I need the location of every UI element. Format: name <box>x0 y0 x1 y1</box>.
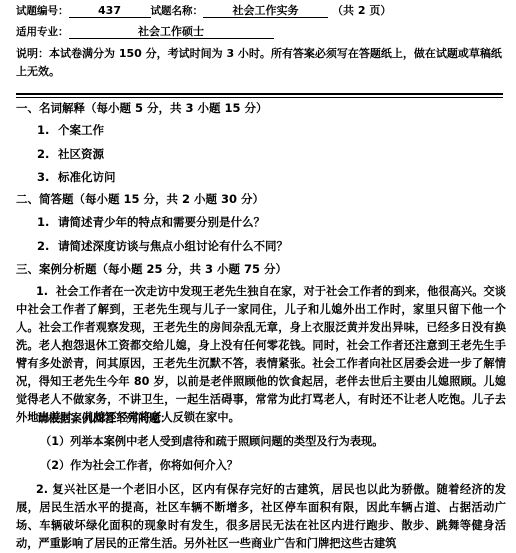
exam-code-label: 试题编号： <box>16 5 69 17</box>
section-title-short-answer: 二、简答题（每小题 15 分，共 2 小题 30 分） <box>16 191 264 207</box>
case-1-paragraph: 1. 社会工作者在一次走访中发现王老先生独自在家，对于社会工作者的到来，他很高兴… <box>16 283 506 427</box>
major-value: 社会工作硕士 <box>69 25 274 39</box>
case-1-question-1: （1）列举本案例中老人受到虐待和疏于照顾问题的类型及行为表现。 <box>40 434 383 450</box>
question-text: 个案工作 <box>58 123 104 137</box>
exam-page: 试题编号：437试题名称：社会工作实务（共 2 页） 适用专业：社会工作硕士 说… <box>0 0 516 553</box>
page-count: （共 2 页） <box>332 4 391 17</box>
case-text: 复兴社区是一个老旧小区，区内有保存完好的古建筑，居民也以此为骄傲。随着经济的发展… <box>16 483 506 550</box>
major-label: 适用专业： <box>16 26 69 38</box>
question-item: 2.请简述深度访谈与焦点小组讨论有什么不同？ <box>37 238 288 254</box>
exam-header-line2: 适用专业：社会工作硕士 <box>16 25 274 39</box>
question-number: 1. <box>37 214 58 230</box>
question-number: 1. <box>37 122 58 138</box>
question-item: 1.请简述青少年的特点和需要分别是什么？ <box>37 214 265 230</box>
question-text: 请简述深度访谈与焦点小组讨论有什么不同？ <box>58 239 288 253</box>
section-title-case-analysis: 三、案例分析题（每小题 25 分，共 3 小题 75 分） <box>16 261 287 277</box>
exam-instructions: 说明：本试卷满分为 150 分，考试时间为 3 小时。所有答案必须写在答题纸上，… <box>16 45 504 81</box>
question-text: 社区资源 <box>58 147 104 161</box>
question-item: 3.标准化访问 <box>37 169 116 185</box>
exam-name: 社会工作实务 <box>203 4 328 18</box>
question-number: 3. <box>37 169 58 185</box>
case-1-prompt: 请根据案例回答下列问题： <box>37 411 171 427</box>
question-item: 2.社区资源 <box>37 146 104 162</box>
exam-header-line1: 试题编号：437试题名称：社会工作实务（共 2 页） <box>16 4 391 18</box>
case-number: 1. <box>36 285 48 298</box>
question-text: 标准化访问 <box>58 170 116 184</box>
case-number: 2. <box>36 483 48 496</box>
exam-name-label: 试题名称： <box>151 5 204 17</box>
question-text: 请简述青少年的特点和需要分别是什么？ <box>58 215 265 229</box>
case-text: 社会工作者在一次走访中发现王老先生独自在家，对于社会工作者的到来，他很高兴。交谈… <box>16 285 506 424</box>
case-2-paragraph: 2. 复兴社区是一个老旧小区，区内有保存完好的古建筑，居民也以此为骄傲。随着经济… <box>16 481 506 553</box>
section-title-definitions: 一、名词解释（每小题 5 分，共 3 小题 15 分） <box>16 100 268 116</box>
divider-thick <box>16 93 503 95</box>
case-1-question-2: （2）作为社会工作者，你将如何介入？ <box>40 458 238 474</box>
question-number: 2. <box>37 146 58 162</box>
exam-code: 437 <box>69 4 151 18</box>
divider-thin <box>16 97 503 98</box>
question-number: 2. <box>37 238 58 254</box>
question-item: 1.个案工作 <box>37 122 104 138</box>
